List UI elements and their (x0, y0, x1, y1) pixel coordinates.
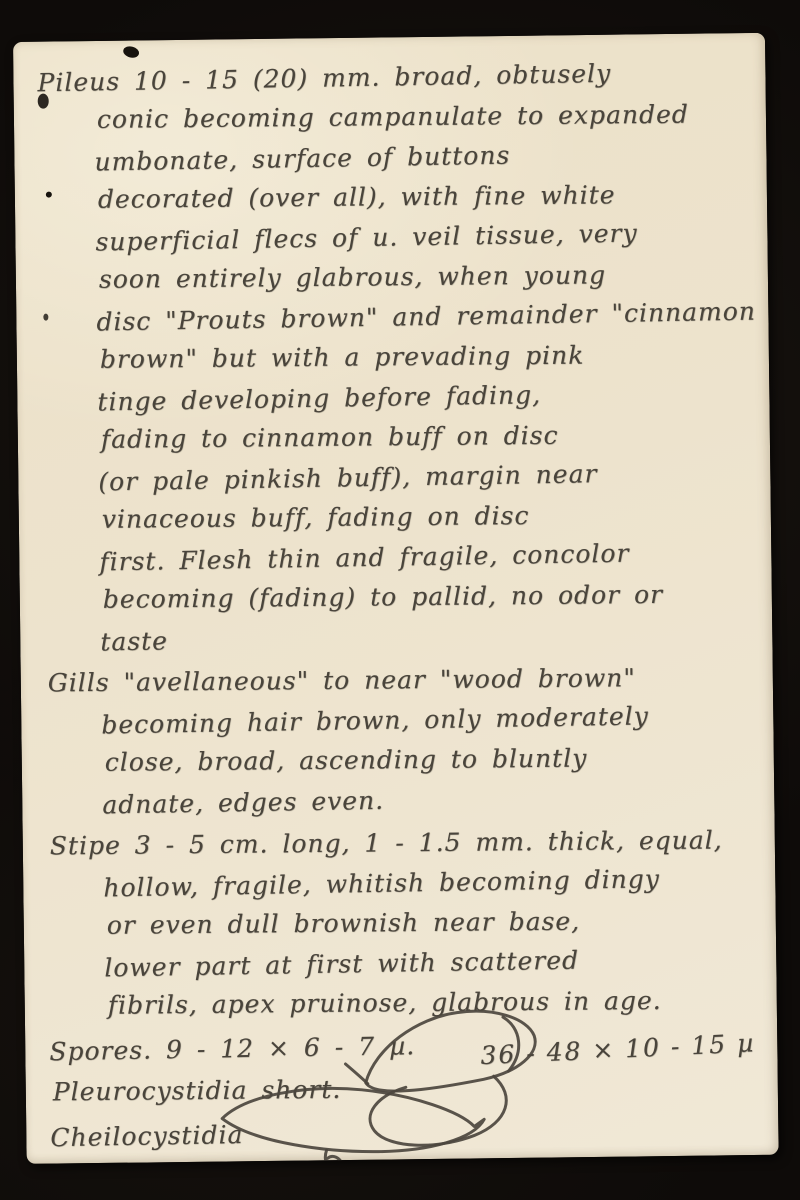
note-lines: Pileus 10 - 15 (20) mm. broad, obtuselyc… (13, 53, 778, 1157)
note-line: fibrils, apex pruinose, glabrous in age. (108, 980, 780, 1026)
photo-background: Pileus 10 - 15 (20) mm. broad, obtuselyc… (0, 0, 800, 1200)
index-card: Pileus 10 - 15 (20) mm. broad, obtuselyc… (13, 33, 779, 1164)
note-line: Cheilocystidia (50, 1106, 779, 1158)
note-line: taste (100, 611, 773, 662)
note-line: Pleurocystidia short. (53, 1066, 781, 1112)
paper-blemish (122, 45, 140, 60)
note-line: adnate, edges even. (102, 774, 775, 825)
